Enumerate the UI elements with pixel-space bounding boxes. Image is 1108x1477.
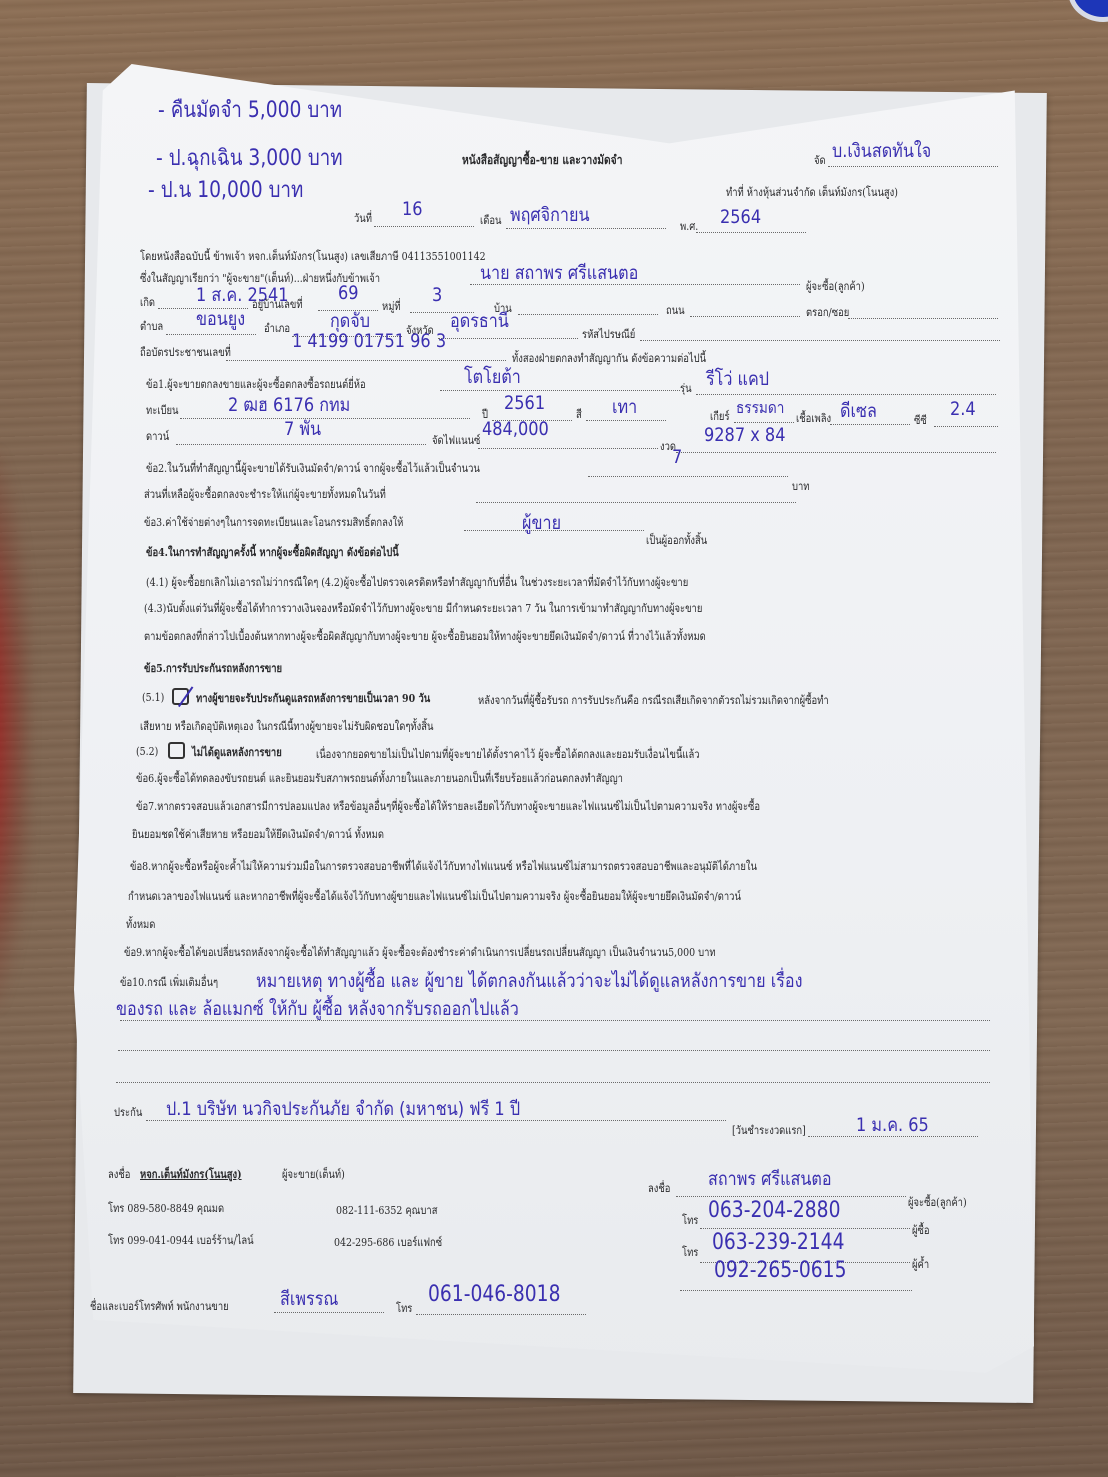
district-label: อำเภอ xyxy=(264,320,290,338)
fee-payer: ผู้ขาย xyxy=(522,508,561,538)
clause7-line2: ยินยอมชดใช้ค่าเสียหาย หรือยอมให้ยึดเงินม… xyxy=(132,826,384,844)
soi-label: ตรอก/ซอย xyxy=(806,304,849,322)
id-number: 1 4199 01751 96 3 xyxy=(292,330,446,352)
seller-contact-4: 042-295-686 เบอร์แฟกซ์ xyxy=(334,1234,442,1252)
finance-company: บ.เงินสดทันใจ xyxy=(832,136,931,166)
down-label: ดาวน์ xyxy=(146,428,169,446)
car-gear: ธรรมดา xyxy=(736,396,784,421)
agreement-text: ทั้งสองฝ่ายตกลงทำสัญญากัน ดังข้อความต่อไ… xyxy=(512,350,706,368)
car-model: รีโว่ แคป xyxy=(706,364,769,394)
clause4-line2: (4.3)นับตั้งแต่วันที่ผู้จะซื้อได้ทำการวา… xyxy=(144,600,702,618)
car-cc: 2.4 xyxy=(950,398,976,420)
first-payment-label: [วันชำระงวดแรก] xyxy=(732,1122,806,1140)
car-year: 2561 xyxy=(504,392,545,414)
seller-contact-1: โทร 089-580-8849 คุณมด xyxy=(108,1200,224,1218)
option-5-1-text2: เสียหาย หรือเกิดอุบัติเหตุเอง ในกรณีนี้ท… xyxy=(140,718,433,736)
clause10-note-line2: ของรถ และ ล้อแมกซ์ ให้กับ ผู้ซื้อ หลังจา… xyxy=(116,994,519,1024)
car-brand: โตโยต้า xyxy=(464,362,521,392)
installment-value: 9287 x 84 xyxy=(704,424,785,446)
clause8-line1: ข้อ8.หากผู้จะซื้อหรือผู้จะค้ำไม่ให้ความร… xyxy=(130,858,757,876)
clause10-label: ข้อ10.กรณี เพิ่มเติมอื่นๆ xyxy=(120,974,218,992)
year-label: พ.ศ. xyxy=(680,218,698,236)
option-5-1-bold: ทางผู้ขายจะรับประกันดูแลรถหลังการขายเป็น… xyxy=(196,690,430,708)
guarantor-label: ผู้ค้ำ xyxy=(912,1256,929,1274)
car-fuel: ดีเซล xyxy=(840,396,877,426)
insurance-label: ประกัน xyxy=(114,1104,142,1122)
buyer-phone-label: ผู้ซื้อ xyxy=(912,1222,930,1240)
contract-document: - คืนมัดจำ 5,000 บาท - ป.ฉุกเฉิน 3,000 บ… xyxy=(0,0,1108,1477)
buyer-signature: สถาพร ศรีแสนตอ xyxy=(708,1164,832,1194)
guarantor-phone: 063-239-2144 xyxy=(712,1230,844,1255)
intro-line: โดยหนังสือฉบับนี้ ข้าพเจ้า หจก.เต็นท์มัง… xyxy=(140,248,486,266)
deposit-unit: บาท xyxy=(792,478,810,496)
cc-label: ซีซี xyxy=(914,412,927,430)
finance-label: จัด xyxy=(814,152,826,170)
subdistrict-label: ตำบล xyxy=(140,318,163,336)
buyer-role: ผู้จะซื้อ(ลูกค้า) xyxy=(806,278,865,296)
note-refund: - คืนมัดจำ 5,000 บาท xyxy=(158,92,342,127)
salesperson-label: ชื่อและเบอร์โทรศัพท์ พนักงานขาย xyxy=(90,1298,229,1316)
document-title: หนังสือสัญญาซื้อ-ขาย และวางมัดจำ xyxy=(462,150,622,170)
first-payment-date: 1 ม.ค. 65 xyxy=(856,1110,929,1140)
clause3-label: ข้อ3.ค่าใช้จ่ายต่างๆในการจดทะเบียนและโอน… xyxy=(144,514,403,532)
color-label: สี xyxy=(576,406,582,424)
seller-role: ผู้จะขาย(เต็นท์) xyxy=(282,1166,345,1184)
moo-value: 3 xyxy=(432,284,442,306)
note-pn: - ป.น 10,000 บาท xyxy=(148,172,303,207)
salesperson-phone: 061-046-8018 xyxy=(428,1282,560,1307)
finance-amount: 484,000 xyxy=(482,418,549,440)
made-at: ทำที่ ห้างหุ้นส่วนจำกัด เต็นท์มังกร(โนนส… xyxy=(726,184,898,202)
down-value: 7 พัน xyxy=(284,414,321,444)
clause9: ข้อ9.หากผู้จะซื้อได้ขอเปลี่ยนรถหลังจากผู… xyxy=(124,944,716,962)
born-label: เกิด xyxy=(140,294,155,312)
salesperson-name: สีเพรรณ xyxy=(280,1284,338,1314)
moo-label: หมู่ที่ xyxy=(382,298,401,316)
salesperson-tel-label: โทร xyxy=(396,1300,412,1318)
house-no-value: 69 xyxy=(338,282,359,304)
day-value: 16 xyxy=(402,198,423,220)
clause3-suffix: เป็นผู้ออกทั้งสิ้น xyxy=(646,532,707,550)
option-5-1-label: (5.1) xyxy=(142,690,164,704)
car-color: เทา xyxy=(612,392,637,422)
option-5-2-text: เนื่องจากยอดขายไม่เป็นไปตามที่ผู้จะขายได… xyxy=(316,746,700,764)
clause8-line3: ทั้งหมด xyxy=(126,916,155,934)
guarantor-tel-label: โทร xyxy=(682,1244,698,1262)
year-value: 2564 xyxy=(720,206,761,228)
insurance-value: ป.1 บริษัท นวกิจประกันภัย จำกัด (มหาชน) … xyxy=(166,1094,520,1124)
option-5-1-text: หลังจากวันที่ผู้ซื้อรับรถ การรับประกันคื… xyxy=(478,692,829,710)
house-no-label: อยู่บ้านเลขที่ xyxy=(252,296,303,314)
deposit-amount: 7 xyxy=(672,446,682,468)
clause10-note-line1: หมายเหตุ ทางผู้ซื้อ และ ผู้ขาย ได้ตกลงกั… xyxy=(256,966,802,996)
buyer-phone: 063-204-2880 xyxy=(708,1198,840,1223)
clause5-title: ข้อ5.การรับประกันรถหลังการขาย xyxy=(144,660,282,678)
clause4-line3: ตามข้อตกลงที่กล่าวไปเบื้องต้นหากทางผู้จะ… xyxy=(144,628,706,646)
clause7-line1: ข้อ7.หากตรวจสอบแล้วเอกสารมีการปลอมแปลง ห… xyxy=(136,798,760,816)
fuel-label: เชื้อเพลิง xyxy=(796,410,831,428)
postcode-label: รหัสไปรษณีย์ xyxy=(582,326,635,344)
seller-contact-2: 082-111-6352 คุณบาส xyxy=(336,1202,437,1220)
no-warranty-checkbox[interactable] xyxy=(168,742,185,759)
clause2-remaining: ส่วนที่เหลือผู้จะซื้อตกลงจะชำระให้แก่ผู้… xyxy=(144,486,386,504)
seller-sign-label: ลงชื่อ xyxy=(108,1166,130,1184)
clause4-line1: (4.1) ผู้จะซื้อยกเลิกไม่เอารถไม่ว่ากรณีใ… xyxy=(146,574,688,592)
buyer-name: นาย สถาพร ศรีแสนตอ xyxy=(480,258,638,288)
buyer-tel-label: โทร xyxy=(682,1212,698,1230)
buyer-sign-label: ลงชื่อ xyxy=(648,1180,670,1198)
day-label: วันที่ xyxy=(354,210,372,228)
seller-name: หจก.เต็นท์มังกร(โนนสูง) xyxy=(140,1166,242,1184)
finance-amount-label: จัดไฟแนนซ์ xyxy=(432,432,480,450)
option-5-2-label: (5.2) xyxy=(136,744,158,758)
id-label: ถือบัตรประชาชนเลขที่ xyxy=(140,344,231,362)
reg-label: ทะเบียน xyxy=(146,402,178,420)
province-value: อุดรธานี xyxy=(450,306,509,336)
clause4-title: ข้อ4.ในการทำสัญญาครั้งนี้ หากผู้จะซื้อผิ… xyxy=(146,544,399,562)
month-label: เดือน xyxy=(480,212,501,230)
clause6: ข้อ6.ผู้จะซื้อได้ทดลองขับรถยนต์ และยินยอ… xyxy=(136,770,623,788)
model-label: รุ่น xyxy=(680,380,692,398)
road-label: ถนน xyxy=(666,302,685,320)
month-value: พฤศจิกายน xyxy=(510,200,589,230)
guarantor-phone-2: 092-265-0615 xyxy=(714,1258,846,1283)
buyer-sign-role: ผู้จะซื้อ(ลูกค้า) xyxy=(908,1194,967,1212)
option-5-2-bold: ไม่ได้ดูแลหลังการขาย xyxy=(192,744,282,762)
seller-contact-3: โทร 099-041-0944 เบอร์ร้าน/ไลน์ xyxy=(108,1232,254,1250)
clause8-line2: กำหนดเวลาของไฟแนนซ์ และหากอาชีพที่ผู้จะซ… xyxy=(128,888,741,906)
subdistrict-value: ขอนยูง xyxy=(196,304,245,334)
note-emergency: - ป.ฉุกเฉิน 3,000 บาท xyxy=(156,140,343,175)
clause2-label: ข้อ2.ในวันที่ทำสัญญานี้ผู้จะขายได้รับเงิ… xyxy=(146,460,480,478)
